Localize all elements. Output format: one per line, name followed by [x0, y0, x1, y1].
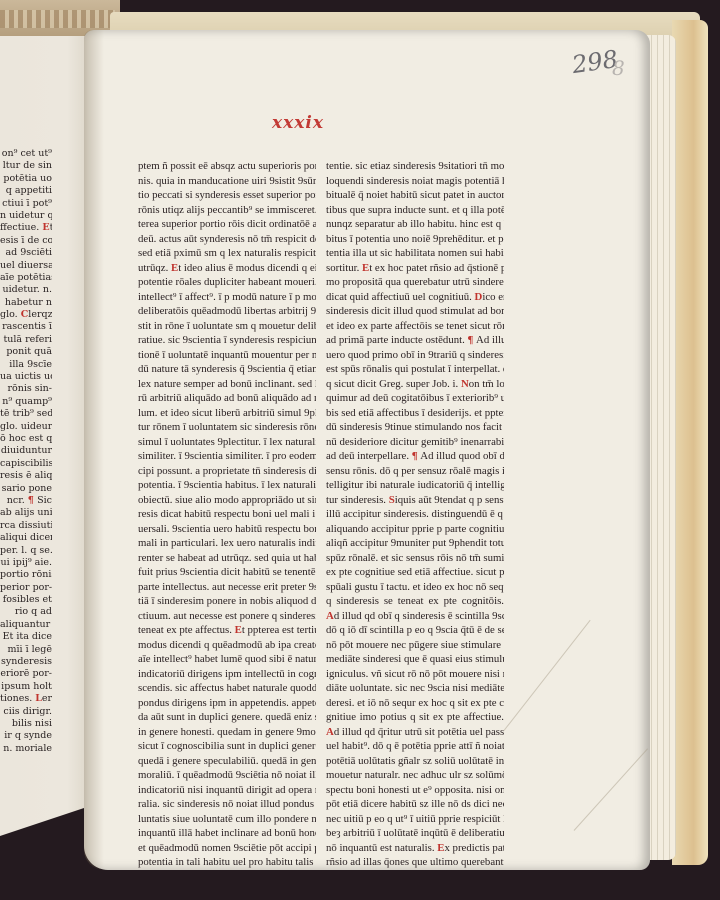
- text-line: spūz rōnalē. et sic sensus rōis nō tm̄ s…: [326, 551, 504, 566]
- rubricated-initial: ¶: [468, 334, 477, 346]
- text-line: simul ī uoluntates 9plectitur. ī lex nat…: [138, 435, 316, 450]
- text-line: pōt etiā dicere habitū sz ille nō ds dic…: [326, 797, 504, 812]
- text-line: bis sed etiā affectibus ī desiderijs. et…: [326, 406, 504, 421]
- verso-text-fragment: n uidetur q: [0, 210, 52, 222]
- verso-text-fragment: ad 9sciēti: [0, 247, 52, 259]
- verso-text-fragment: n⁹ quamp⁹: [0, 396, 52, 408]
- verso-text-fragment: aliquantur tū: [0, 619, 52, 631]
- text-line: fuit prius 9scientia dicit habitū se ten…: [138, 565, 316, 580]
- verso-text-fragment: synderesis: [0, 656, 52, 668]
- text-line: nō pōt mouere nec pūgere siue stimulare …: [326, 638, 504, 653]
- text-line: inquantū illā habet inclinare ad bonū ho…: [138, 826, 316, 841]
- verso-text-fragment: portio rōnis: [0, 569, 52, 581]
- text-line: q sinderesis se teneat ex pte cognitōis.: [326, 594, 504, 609]
- verso-text-fragment: esis ī de co: [0, 235, 52, 247]
- text-line: tentie. sic etiaz sinderesis 9sitatiori …: [326, 159, 504, 174]
- text-line: ratiue. sic 9scientia ī synderesis respi…: [138, 333, 316, 348]
- text-line: rōnis utiqz alijs peccantib⁹ se immiscer…: [138, 203, 316, 218]
- verso-text-fragment: tē trib⁹ sed: [0, 408, 52, 420]
- rubricated-initial: E: [171, 262, 178, 274]
- rubricated-initial: E: [235, 624, 242, 636]
- text-line: luntatis siue uoluntatē cum illo pondere…: [138, 812, 316, 827]
- text-line: potentie rōales dupliciter habeant mouer…: [138, 275, 316, 290]
- text-line: loquendi sinderesis noiat magis potentiā…: [326, 174, 504, 189]
- verso-text-fragment: rōnis sin-: [0, 383, 52, 395]
- text-line: deū. actus aūt synderesis nō tm̄ respici…: [138, 232, 316, 247]
- text-line: mediāte sinderesi que ē quasi eius stimu…: [326, 652, 504, 667]
- text-line: rū arbitriū aliquādo ad bonū aliquādo ad…: [138, 391, 316, 406]
- verso-text-fragment: glo. uideur: [0, 421, 52, 433]
- text-line: sed etiā pximū sm q lex naturalis respic…: [138, 246, 316, 261]
- text-line: utrūqz. Et ideo alius ē modus dicendi q …: [138, 261, 316, 276]
- verso-text-fragment: ctiui ī pot⁹: [0, 198, 52, 210]
- text-line: tionē ī uoluntatē inquantū mouentur per …: [138, 348, 316, 363]
- text-column-left: ptem ñ possit eē absqz actu superioris p…: [138, 159, 316, 870]
- text-line: teneat ex pte affectus. Et ppterea est t…: [138, 623, 316, 638]
- text-line: tur sinderesis. Siquis aūt 9tendat q p s…: [326, 493, 504, 508]
- text-line: moraliū. ī quēadmodū 9sciētia nō noiat i…: [138, 768, 316, 783]
- text-line: mouetur naturalr. nec adhuc ulr sz solūm…: [326, 768, 504, 783]
- text-line: uel habit⁹. dō q ē potētia pprie attī ñ …: [326, 739, 504, 754]
- text-line: nunqz separatur ab illo habitu. hinc est…: [326, 217, 504, 232]
- text-line: tio peccati si synderesis esset superior…: [138, 188, 316, 203]
- text-line: nō inquantū est naturalis. Ex predictis …: [326, 841, 504, 856]
- text-line: aliqñ accipitur 9muniter put 9phendit to…: [326, 536, 504, 551]
- text-column-right: tentie. sic etiaz sinderesis 9sitatiori …: [326, 159, 504, 870]
- text-line: sicut ī cognoscibilia sunt in duplici ge…: [138, 739, 316, 754]
- text-line: uersali. 9scientia uero habitū respectu …: [138, 522, 316, 537]
- text-line: nis. quia in manducatione uiri 9sistit 9…: [138, 174, 316, 189]
- text-line: tibus que supra inducte sunt. et q illa …: [326, 203, 504, 218]
- verso-text-fragment: n. moriale: [0, 743, 52, 755]
- text-line: spectu boni honesti ut e⁹ opposita. nisi…: [326, 783, 504, 798]
- verso-text-fragment: ffectiue. Et: [0, 222, 52, 234]
- verso-text-fragment: rascentis ī: [0, 321, 52, 333]
- verso-text-fragment: glo. Clerqz: [0, 309, 52, 321]
- text-line: ad primā parte inducte ostēdunt. ¶ Ad il…: [326, 333, 504, 348]
- text-line: potētiā uolūtatis gñalr sz soliū uolūtat…: [326, 754, 504, 769]
- paper-crease: [574, 748, 648, 830]
- text-line: uero quod primo obī in 9trariū q sindere…: [326, 348, 504, 363]
- left-page-text-fragments: on⁹ cet ut⁹ltur de sinpotētia uoq appeti…: [0, 148, 52, 755]
- verso-text-fragment: on⁹ cet ut⁹: [0, 148, 52, 160]
- running-header-rubric: xxxix: [272, 113, 324, 133]
- verso-text-fragment: aīe potētias: [0, 272, 52, 284]
- text-line: bitus ī potentia uno noiē 9prehēditur. e…: [326, 232, 504, 247]
- verso-text-fragment: tulā referi: [0, 334, 52, 346]
- verso-text-fragment: ipsum holt: [0, 681, 52, 693]
- verso-text-fragment: fosibles et: [0, 594, 52, 606]
- text-line: spūali gustu ī tactu. et ideo ex hoc nō …: [326, 580, 504, 595]
- rubricated-initial: C: [21, 309, 29, 320]
- text-line: indicatoriū dirigens ipm intellectū in c…: [138, 667, 316, 682]
- folio-ghost-mark: 8: [612, 56, 625, 80]
- text-line: ad deū interpellare. ¶ Ad illud quod obī…: [326, 449, 504, 464]
- text-line: illū accipitur sinderesis. distinguendū …: [326, 507, 504, 522]
- text-line: pondus dirigens ipm in appetendis. appet…: [138, 696, 316, 711]
- verso-text-fragment: ltur de sin: [0, 160, 52, 172]
- text-line: ptem ñ possit eē absqz actu superioris p…: [138, 159, 316, 174]
- text-line: aīe intellect⁹ habet lumē quod sibi ē na…: [138, 652, 316, 667]
- text-line: lex nature semper ad bonū inclinant. sed…: [138, 377, 316, 392]
- text-line: Ad illud qd q̄ritur utrū sit potētia uel…: [326, 725, 504, 740]
- text-line: bitualē q̄ noiet habitū sicut patet in a…: [326, 188, 504, 203]
- text-line: telligitur ibi naturale iudicatoriū q̄ i…: [326, 478, 504, 493]
- verso-text-fragment: mīi ī legē: [0, 644, 52, 656]
- text-line: obiectū. siue alio modo appropriādo ut s…: [138, 493, 316, 508]
- text-line: tentia illa ut sic habilitata nomen sui …: [326, 246, 504, 261]
- verso-text-fragment: aliqui dicere: [0, 532, 52, 544]
- verso-text-fragment: ncr. ¶ Sic: [0, 495, 52, 507]
- verso-text-fragment: illa 9scīe: [0, 359, 52, 371]
- verso-text-fragment: rio q ad: [0, 606, 52, 618]
- text-line: deresi. et iō nō sequr ex hoc q sit ex p…: [326, 696, 504, 711]
- text-line: sortitur. Et ex hoc patet rñsio ad q̄sti…: [326, 261, 504, 276]
- text-line: dicat quid affectiuū uel cognitiuū. Dico…: [326, 290, 504, 305]
- text-line: similiter. ī 9scientia similiter. ī pro …: [138, 449, 316, 464]
- verso-text-fragment: ciis dirigr.: [0, 706, 52, 718]
- text-line: dō q iō dī scintilla p eo q 9scia q̄tū ē…: [326, 623, 504, 638]
- text-line: quedā i genere speculabiliū. quedā in ge…: [138, 754, 316, 769]
- binding-board-right-edge: [672, 20, 708, 865]
- verso-text-fragment: sario pone: [0, 483, 52, 495]
- text-line: modus dicendi q quēadmodū ab ipa creatōe: [138, 638, 316, 653]
- rubricated-initial: D: [475, 291, 483, 303]
- text-line: sinderesis dicit illud quod stimulat ad …: [326, 304, 504, 319]
- verso-text-fragment: ab alijs uni: [0, 507, 52, 519]
- text-line: rñsio ad illas q̄ones que ultimo quereba…: [326, 855, 504, 870]
- rubricated-initial: L: [35, 693, 42, 704]
- rubricated-initial: E: [437, 842, 444, 854]
- verso-text-fragment: habetur n: [0, 297, 52, 309]
- text-line: Ad illud qd obī q sinderesis ē scintilla…: [326, 609, 504, 624]
- rubricated-initial: A: [326, 610, 334, 622]
- rubricated-initial: ¶: [412, 450, 421, 462]
- verso-text-fragment: ponit quā: [0, 346, 52, 358]
- text-line: quimur ad deū cogitatōibus ī exteriorib⁹…: [326, 391, 504, 406]
- text-line: tiā ī sinderesim ponere in nobis aliquod…: [138, 594, 316, 609]
- verso-text-fragment: diuiduntur: [0, 445, 52, 457]
- text-line: potentia in tali habitu uel pro habitu t…: [138, 855, 316, 870]
- verso-text-fragment: uidetur. n.: [0, 284, 52, 296]
- text-line: beȝ arbitriū ī uolūtatē inqūtū ē deliber…: [326, 826, 504, 841]
- verso-text-fragment: eriorē por-: [0, 668, 52, 680]
- text-line: gnitiue imo potius q sit ex pte affectiu…: [326, 710, 504, 725]
- text-line: renter se habeat ad utrūqz. sed quia ut …: [138, 551, 316, 566]
- text-line: terea superior portio rōis dicit ordinat…: [138, 217, 316, 232]
- rubricated-initial: A: [326, 726, 334, 738]
- verso-text-fragment: bilis nisi: [0, 718, 52, 730]
- verso-text-fragment: per. l. q se.: [0, 545, 52, 557]
- rubricated-initial: E: [362, 262, 369, 274]
- rubricated-initial: E: [42, 222, 49, 233]
- gutter-shadow: [84, 30, 104, 870]
- paper-crease: [504, 620, 591, 731]
- text-line: et ideo ex parte affectōis se tenet sicu…: [326, 319, 504, 334]
- text-line: cipi possunt. a proprietate tn̄ sinderes…: [138, 464, 316, 479]
- text-line: da aūt sunt in duplici genere. quedā eni…: [138, 710, 316, 725]
- text-line: est spūs rōnalis qui postulat ī interpel…: [326, 362, 504, 377]
- text-line: nū desideriore dicitur gemitib⁹ inenarra…: [326, 435, 504, 450]
- verso-text-fragment: tiones. Ler: [0, 693, 52, 705]
- verso-text-fragment: uel diuersa: [0, 260, 52, 272]
- text-line: indicatoriū nisi inquantū dirigit ad ope…: [138, 783, 316, 798]
- text-line: q sicut dicit Greg. super Job. i. Non tm…: [326, 377, 504, 392]
- text-line: mo propositā qua querebatur utrū sindere…: [326, 275, 504, 290]
- text-line: parte intellectus. aut necesse erit pret…: [138, 580, 316, 595]
- verso-text-fragment: perior por-: [0, 582, 52, 594]
- rubricated-initial: N: [461, 378, 469, 390]
- verso-text-fragment: ua uictis uo: [0, 371, 52, 383]
- rubricated-initial: ¶: [28, 495, 37, 506]
- text-line: igniculus. vñ sicut rō nō pōt mouere nis…: [326, 667, 504, 682]
- verso-text-fragment: rca dissiuti: [0, 520, 52, 532]
- spine-cord-decoration: [0, 10, 115, 28]
- text-line: scendis. sic affectus habet naturale quo…: [138, 681, 316, 696]
- text-line: dū nature tā synderesis q̄ 9scientia q̄ …: [138, 362, 316, 377]
- rubricated-initial: S: [389, 494, 395, 506]
- text-line: sensu rōnis. dō q per sensuz rōalē magis…: [326, 464, 504, 479]
- text-line: resis dicat habitū respectu boni uel mal…: [138, 507, 316, 522]
- text-line: in genere honesti. quedam in genere 9mod…: [138, 725, 316, 740]
- text-line: ralia. sic sinderesis nō noiat illud pon…: [138, 797, 316, 812]
- verso-text-fragment: ui ipij⁹ aie.: [0, 557, 52, 569]
- verso-text-fragment: potētia uo: [0, 173, 52, 185]
- text-line: lum. et ideo sicut liberū arbitriū simul…: [138, 406, 316, 421]
- text-line: stit in rōne ī uoluntate sm q mouetur de…: [138, 319, 316, 334]
- text-line: intellect⁹ ī affect⁹. ī p modū nature ī …: [138, 290, 316, 305]
- text-line: nec uitiū p eo q ut⁹ ī uitiū pprie respi…: [326, 812, 504, 827]
- text-line: ctiuum. aut necesse est ponere q sindere…: [138, 609, 316, 624]
- text-line: potentia. ī 9scientia habitus. ī lex nat…: [138, 478, 316, 493]
- text-line: aliquando accipitur pprie p parte cognit…: [326, 522, 504, 537]
- verso-text-fragment: Et ita dice: [0, 631, 52, 643]
- text-line: ex pte cognitiue sed etiā affectiue. sic…: [326, 565, 504, 580]
- text-line: dū sinderesis 9tinue stimulando nos faci…: [326, 420, 504, 435]
- text-line: tur rōnem ī uoluntatem sic sinderesis rō…: [138, 420, 316, 435]
- verso-text-fragment: ir q synde: [0, 730, 52, 742]
- text-line: deliberatōis quēadmodū libertas arbitrij…: [138, 304, 316, 319]
- text-line: mali in particulari. lex uero naturalis …: [138, 536, 316, 551]
- verso-text-fragment: ō hoc est q: [0, 433, 52, 445]
- text-line: diāte uoluntate. sic nec 9scia nisi medi…: [326, 681, 504, 696]
- verso-text-fragment: q appetiti: [0, 185, 52, 197]
- verso-text-fragment: resis ē aliqd: [0, 470, 52, 482]
- text-line: et quēadmodū nomen 9sciētie pōt accipi p…: [138, 841, 316, 856]
- verso-text-fragment: capiscibilis: [0, 458, 52, 470]
